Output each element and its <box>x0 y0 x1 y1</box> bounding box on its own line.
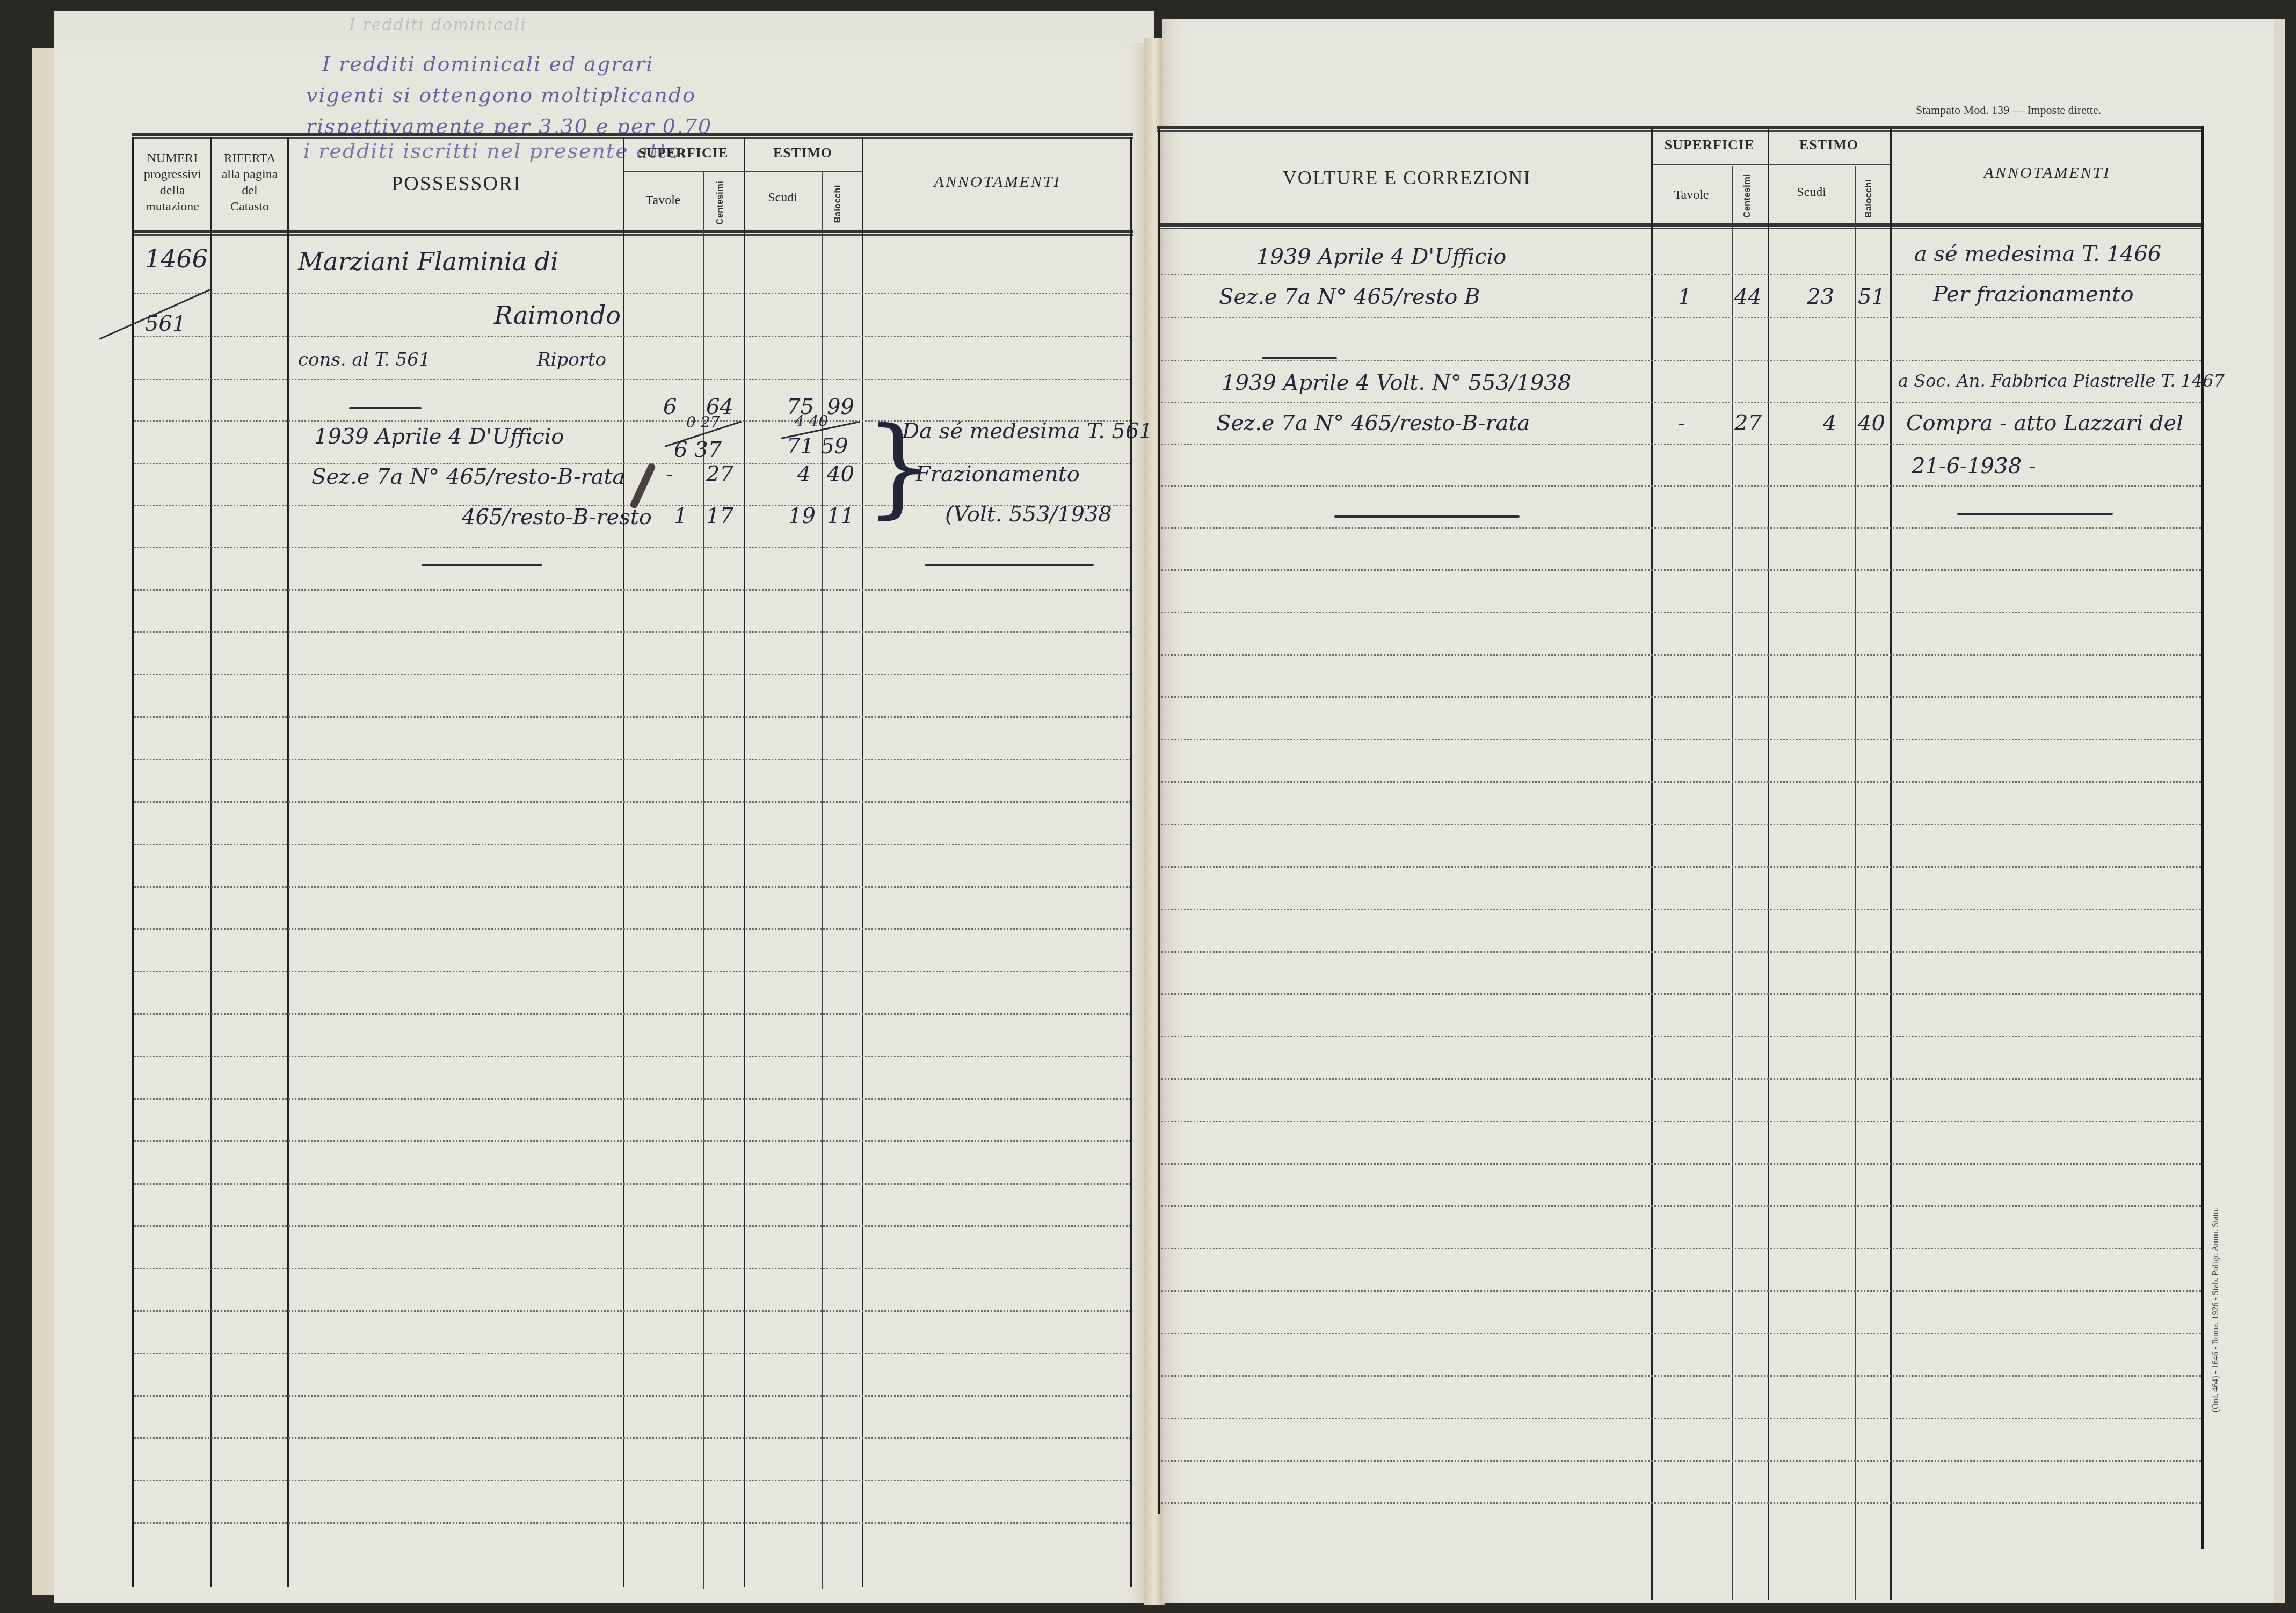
header-numeri-l3: della <box>134 183 210 199</box>
right-page-edge <box>2274 19 2285 1603</box>
riporto-label: Riporto <box>537 349 606 370</box>
stamp-line-2: vigenti si ottengono moltiplicando <box>306 79 696 111</box>
col-divider-estimo <box>862 137 863 1587</box>
right-col-border-left <box>1158 129 1160 1514</box>
right-col-divider-tavole <box>1732 166 1733 1600</box>
right-col-divider-scudi <box>1855 166 1856 1600</box>
col-divider-riferta <box>287 137 289 1587</box>
left-page <box>54 43 1146 1603</box>
col-divider-scudi <box>822 172 823 1589</box>
right-col-border-right <box>2201 126 2204 1549</box>
header-riferta-l3: del <box>212 183 287 199</box>
r-entry2-annot2: Compra - atto Lazzari del <box>1906 411 2183 435</box>
printer-side-note: (Ord. 464) - 1646 - Roma, 1926 - Stab. P… <box>2211 1208 2221 1412</box>
result-superficie: 6 37 <box>674 438 722 462</box>
r-entry1-end-line <box>1262 357 1337 359</box>
r-entry2-balocchi: 40 <box>1858 411 1885 435</box>
header-numeri: NUMERI progressivi della mutazione <box>134 150 210 215</box>
header-volture: VOLTURE E CORREZIONI <box>1165 166 1648 189</box>
r-entry1-balocchi: 51 <box>1858 285 1885 309</box>
riporto-balocchi: 99 <box>827 395 854 419</box>
r-entry2-annot-end-line <box>1957 513 2113 515</box>
row-rata-scudi: 4 <box>797 462 811 486</box>
row-resto-tavole: 1 <box>674 504 687 528</box>
stamp-line-1: I redditi dominicali ed agrari <box>322 48 653 79</box>
stamp-ghost-line: I redditi dominicali <box>349 10 527 41</box>
r-entry2-tavole: - <box>1678 411 1685 435</box>
header-estimo: ESTIMO <box>744 145 862 161</box>
header-riferta-l1: RIFERTA <box>212 150 287 166</box>
header-bottom-rule <box>132 230 1133 234</box>
header-riferta-l2: alla pagina <box>212 166 287 183</box>
entry-date-line: 1939 Aprile 4 D'Ufficio <box>314 424 564 449</box>
subtract-estimo: 4 40 <box>795 412 828 430</box>
r-entry2-line2: Sez.e 7a N° 465/resto-B-rata <box>1216 411 1530 435</box>
right-header-scudi: Scudi <box>1768 185 1855 200</box>
r-entry1-scudi: 23 <box>1807 285 1834 309</box>
right-header-centesimi: Centesimi <box>1742 174 1753 217</box>
right-header-superficie: SUPERFICIE <box>1651 137 1768 153</box>
row-resto-scudi: 19 <box>788 504 816 528</box>
subtract-superficie: 0 27 <box>686 413 720 431</box>
entry-numero-sub: 561 <box>145 311 186 336</box>
header-tavole: Tavole <box>623 193 703 208</box>
possessore-line-1: Marziani Flaminia di <box>298 247 558 276</box>
row-rata-balocchi: 40 <box>827 462 854 486</box>
result-estimo: 71 59 <box>787 434 848 459</box>
r-entry1-annot1: a sé medesima T. 1466 <box>1914 242 2161 266</box>
r-entry2-annot3: 21-6-1938 - <box>1912 454 2036 478</box>
r-entry1-tavole: 1 <box>1678 285 1691 309</box>
entry-end-line <box>422 564 542 566</box>
header-balocchi: Balocchi <box>832 185 843 223</box>
right-header-bottom-rule <box>1159 223 2201 228</box>
right-header-top-rule <box>1157 126 2201 130</box>
header-annotamenti: ANNOTAMENTI <box>864 173 1130 191</box>
r-entry1-centesimi: 44 <box>1734 285 1762 309</box>
col-divider-superficie <box>744 137 745 1587</box>
r-entry2-end-line <box>1334 515 1520 518</box>
r-entry2-centesimi: 27 <box>1734 411 1762 435</box>
riporto-tavole: 6 <box>663 395 677 419</box>
col-divider-tavole <box>703 172 704 1589</box>
row-resto-text: 465/resto-B-resto <box>462 505 652 529</box>
col-border-left <box>132 137 134 1587</box>
header-superficie: SUPERFICIE <box>623 145 744 161</box>
r-entry2-annot1: a Soc. An. Fabbrica Piastrelle T. 1467 <box>1898 370 2225 391</box>
header-centesimi: Centesimi <box>715 181 725 224</box>
r-entry2-scudi: 4 <box>1823 411 1836 435</box>
header-numeri-l2: progressivi <box>134 166 210 183</box>
r-entry2-line1: 1939 Aprile 4 Volt. N° 553/1938 <box>1222 370 1571 395</box>
right-header-estimo: ESTIMO <box>1768 137 1890 153</box>
header-scudi: Scudi <box>744 191 822 205</box>
col-border-right <box>1130 137 1132 1587</box>
annot-line-2: Frazionamento <box>916 462 1080 486</box>
right-header-annotamenti: ANNOTAMENTI <box>1893 164 2201 182</box>
right-header-balocchi: Balocchi <box>1863 180 1874 218</box>
print-note: Stampato Mod. 139 — Imposte dirette. <box>1916 103 2101 117</box>
possessore-line-2: Raimondo <box>494 301 621 330</box>
annot-line-1: Da sé medesima T. 561 <box>902 419 1153 444</box>
book-spine <box>1144 38 1165 1605</box>
header-possessori: POSSESSORI <box>290 172 623 195</box>
sub-header-rule <box>623 171 862 172</box>
row-resto-balocchi: 11 <box>827 504 854 528</box>
header-numeri-l1: NUMERI <box>134 150 210 166</box>
right-header-tavole: Tavole <box>1651 188 1732 202</box>
row-rata-text: Sez.e 7a N° 465/resto-B-rata <box>311 464 625 489</box>
right-col-divider-volture <box>1651 129 1653 1600</box>
row-rata-centesimi: 27 <box>706 462 733 486</box>
header-top-rule <box>132 133 1133 137</box>
r-entry1-annot2: Per frazionamento <box>1933 282 2133 307</box>
header-riferta-l4: Catasto <box>212 199 287 215</box>
col-divider-possessori <box>623 137 624 1587</box>
entry-numero: 1466 <box>145 244 208 273</box>
entry-divider-line <box>349 407 422 409</box>
annot-line-3: (Volt. 553/1938 <box>945 502 1112 527</box>
col-divider-numeri <box>210 137 212 1587</box>
row-rata-tavole: - <box>666 462 673 486</box>
header-numeri-l4: mutazione <box>134 199 210 215</box>
row-resto-centesimi: 17 <box>706 504 733 528</box>
cons-reference: cons. al T. 561 <box>298 349 431 370</box>
r-entry1-line2: Sez.e 7a N° 465/resto B <box>1219 285 1480 309</box>
annot-end-line <box>925 564 1094 566</box>
header-riferta: RIFERTA alla pagina del Catasto <box>212 150 287 215</box>
right-col-divider-superficie <box>1768 129 1769 1600</box>
right-sub-header-rule <box>1651 164 1890 165</box>
right-col-divider-estimo <box>1890 129 1892 1600</box>
r-entry1-line1: 1939 Aprile 4 D'Ufficio <box>1256 244 1506 269</box>
